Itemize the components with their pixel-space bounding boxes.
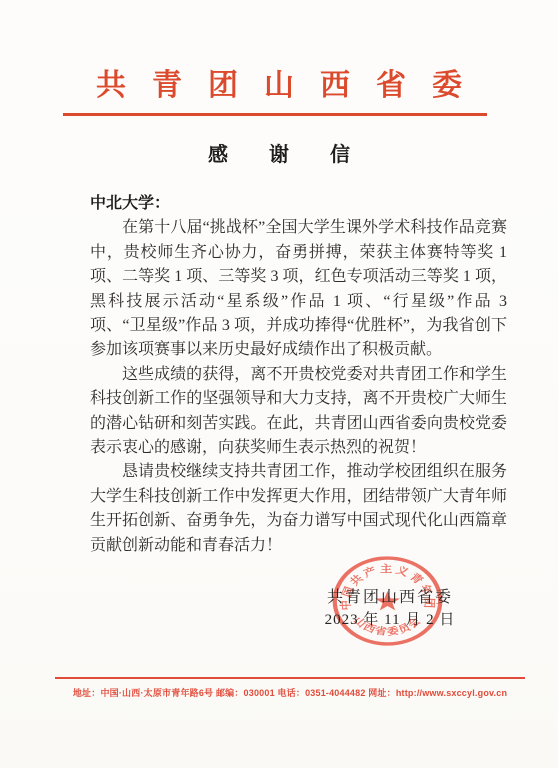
letter-body: 中北大学： 在第十八届“挑战杯”全国大学生课外学术科技作品竞赛中，贵校师生齐心协…: [90, 192, 507, 558]
body-paragraph-3: 恳请贵校继续支持共青团工作，推动学校团组织在服务大学生科技创新工作中发挥更大作用…: [90, 460, 507, 558]
footer-rule: [55, 677, 525, 679]
signature-date: 2023 年 11 月 2 日: [315, 609, 465, 632]
salutation: 中北大学：: [90, 192, 507, 216]
body-paragraph-2: 这些成绩的获得，离不开贵校党委对共青团工作和学生科技创新工作的坚强领导和大力支持…: [90, 363, 507, 461]
body-paragraph-1: 在第十八届“挑战杯”全国大学生课外学术科技作品竞赛中，贵校师生齐心协力，奋勇拼搏…: [90, 216, 507, 362]
footer-address: 地址：中国·山西·太原市青年路6号 邮编：030001 电话：0351-4044…: [55, 686, 525, 699]
letter-title: 感 谢 信: [0, 138, 558, 167]
letter-page: 共青团山西省委 感 谢 信 中北大学： 在第十八届“挑战杯”全国大学生课外学术科…: [0, 0, 558, 768]
letterhead-rule: [63, 113, 487, 116]
letterhead-org-name: 共青团山西省委: [0, 60, 558, 104]
signature-org: 共青团山西省委: [315, 586, 465, 609]
signature-block: 共青团山西省委 2023 年 11 月 2 日: [315, 586, 465, 632]
